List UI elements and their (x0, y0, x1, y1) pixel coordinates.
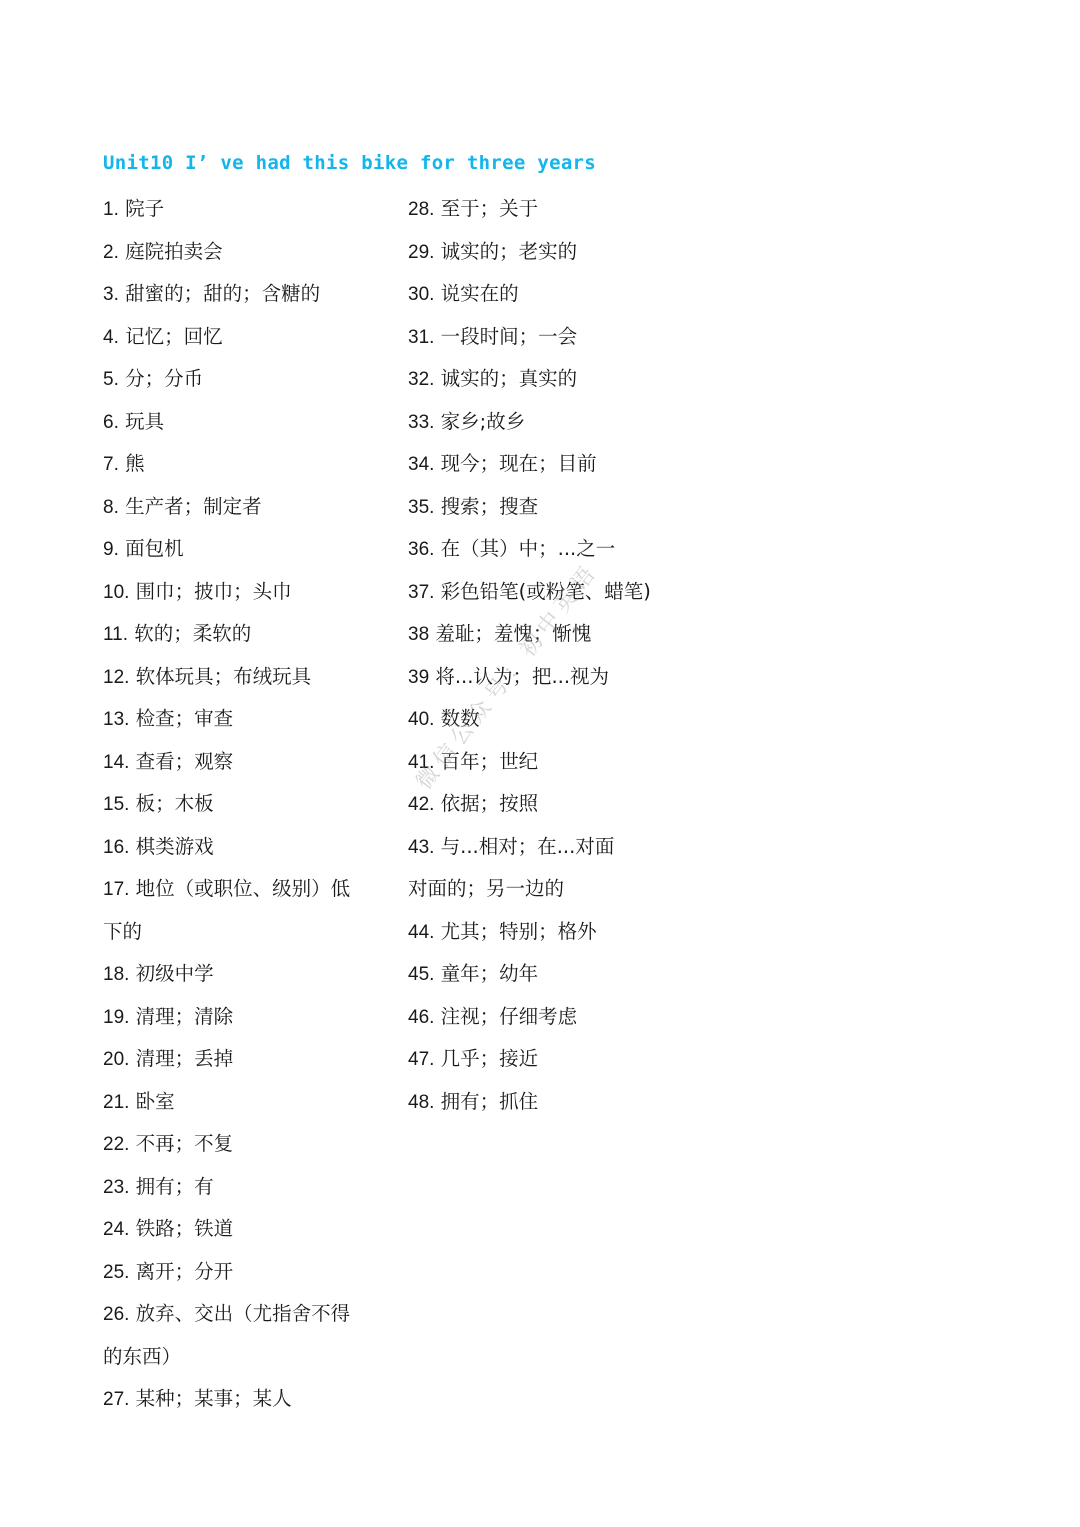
list-item: 27. 某种；某事；某人 (103, 1378, 393, 1421)
list-item: 18. 初级中学 (103, 953, 393, 996)
item-number: 27. (103, 1389, 129, 1410)
list-item: 33. 家乡;故乡 (408, 401, 708, 444)
item-number: 37. (408, 582, 434, 603)
list-item: 19. 清理；清除 (103, 996, 393, 1039)
item-text: 几乎；接近 (441, 1047, 539, 1070)
list-item: 9. 面包机 (103, 528, 393, 571)
list-item: 下的 (103, 911, 393, 954)
item-number: 48. (408, 1092, 434, 1113)
item-number: 1. (103, 199, 119, 220)
item-text: 现今；现在；目前 (441, 452, 597, 475)
item-text: 羞耻；羞愧；惭愧 (435, 622, 591, 645)
item-text: 初级中学 (136, 962, 214, 985)
item-number: 30. (408, 284, 434, 305)
item-text: 查看；观察 (136, 750, 234, 773)
item-text: 生产者；制定者 (125, 495, 262, 518)
list-item: 25. 离开；分开 (103, 1251, 393, 1294)
item-number: 15. (103, 794, 129, 815)
list-item: 35. 搜索；搜查 (408, 486, 708, 529)
item-text: 拥有；抓住 (441, 1090, 539, 1113)
item-text: 记忆；回忆 (125, 325, 223, 348)
item-number: 7. (103, 454, 119, 475)
item-text: 百年；世纪 (441, 750, 539, 773)
item-number: 35. (408, 497, 434, 518)
list-item: 6. 玩具 (103, 401, 393, 444)
item-number: 45. (408, 964, 434, 985)
item-text: 放弃、交出（尤指舍不得 (136, 1302, 351, 1325)
list-item: 48. 拥有；抓住 (408, 1081, 708, 1124)
item-text: 一段时间；一会 (441, 325, 578, 348)
unit-title: Unit10 I’ ve had this bike for three yea… (103, 152, 596, 174)
item-number: 2. (103, 242, 119, 263)
list-item: 34. 现今；现在；目前 (408, 443, 708, 486)
item-text: 不再；不复 (136, 1132, 234, 1155)
item-text: 板；木板 (136, 792, 214, 815)
item-text: 某种；某事；某人 (136, 1387, 292, 1410)
item-text: 铁路；铁道 (136, 1217, 234, 1240)
list-item: 5. 分；分币 (103, 358, 393, 401)
item-text: 院子 (125, 197, 164, 220)
item-text: 玩具 (125, 410, 164, 433)
item-number: 6. (103, 412, 119, 433)
item-number: 11. (103, 624, 128, 645)
item-number: 13. (103, 709, 129, 730)
list-item: 对面的；另一边的 (408, 868, 708, 911)
item-text: 与...相对；在...对面 (441, 835, 615, 858)
list-item: 11. 软的；柔软的 (103, 613, 393, 656)
item-number: 22. (103, 1134, 129, 1155)
item-number: 23. (103, 1177, 129, 1198)
list-item: 13. 检查；审查 (103, 698, 393, 741)
vocab-list-left: 1. 院子2. 庭院拍卖会3. 甜蜜的；甜的；含糖的4. 记忆；回忆5. 分；分… (103, 188, 393, 1421)
item-text: 卧室 (136, 1090, 175, 1113)
list-item: 22. 不再；不复 (103, 1123, 393, 1166)
item-number: 39 (408, 667, 429, 688)
item-number: 43. (408, 837, 434, 858)
item-number: 18. (103, 964, 129, 985)
list-item: 20. 清理；丢掉 (103, 1038, 393, 1081)
list-item: 1. 院子 (103, 188, 393, 231)
item-text: 棋类游戏 (136, 835, 214, 858)
item-number: 3. (103, 284, 119, 305)
item-number: 8. (103, 497, 119, 518)
list-item: 38 羞耻；羞愧；惭愧 (408, 613, 708, 656)
item-text: 尤其；特别；格外 (441, 920, 597, 943)
list-item: 的东西） (103, 1336, 393, 1379)
item-number: 19. (103, 1007, 129, 1028)
item-number: 26. (103, 1304, 129, 1325)
item-number: 47. (408, 1049, 434, 1070)
list-item: 40. 数数 (408, 698, 708, 741)
item-number: 40. (408, 709, 434, 730)
item-text: 面包机 (125, 537, 184, 560)
document-page: Unit10 I’ ve had this bike for three yea… (0, 0, 1080, 1527)
item-text: 对面的；另一边的 (408, 877, 564, 900)
item-text: 下的 (103, 920, 142, 943)
list-item: 17. 地位（或职位、级别）低 (103, 868, 393, 911)
item-number: 32. (408, 369, 434, 390)
item-text: 注视；仔细考虑 (441, 1005, 578, 1028)
item-number: 24. (103, 1219, 129, 1240)
item-text: 软体玩具；布绒玩具 (136, 665, 312, 688)
item-text: 清理；丢掉 (136, 1047, 234, 1070)
item-number: 29. (408, 242, 434, 263)
list-item: 8. 生产者；制定者 (103, 486, 393, 529)
list-item: 42. 依据；按照 (408, 783, 708, 826)
item-number: 36. (408, 539, 434, 560)
list-item: 3. 甜蜜的；甜的；含糖的 (103, 273, 393, 316)
item-number: 46. (408, 1007, 434, 1028)
item-text: 在（其）中；...之一 (441, 537, 616, 560)
list-item: 24. 铁路；铁道 (103, 1208, 393, 1251)
item-number: 33. (408, 412, 434, 433)
item-number: 38 (408, 624, 429, 645)
list-item: 31. 一段时间；一会 (408, 316, 708, 359)
item-text: 熊 (125, 452, 145, 475)
item-text: 诚实的；真实的 (441, 367, 578, 390)
list-item: 44. 尤其；特别；格外 (408, 911, 708, 954)
list-item: 7. 熊 (103, 443, 393, 486)
list-item: 32. 诚实的；真实的 (408, 358, 708, 401)
item-text: 家乡;故乡 (441, 410, 526, 433)
item-text: 至于；关于 (441, 197, 539, 220)
item-number: 34. (408, 454, 434, 475)
list-item: 16. 棋类游戏 (103, 826, 393, 869)
list-item: 4. 记忆；回忆 (103, 316, 393, 359)
list-item: 2. 庭院拍卖会 (103, 231, 393, 274)
item-number: 44. (408, 922, 434, 943)
item-number: 16. (103, 837, 129, 858)
list-item: 47. 几乎；接近 (408, 1038, 708, 1081)
item-text: 诚实的；老实的 (441, 240, 578, 263)
list-item: 29. 诚实的；老实的 (408, 231, 708, 274)
list-item: 46. 注视；仔细考虑 (408, 996, 708, 1039)
item-number: 41. (408, 752, 434, 773)
list-item: 41. 百年；世纪 (408, 741, 708, 784)
item-text: 分；分币 (125, 367, 203, 390)
item-number: 25. (103, 1262, 129, 1283)
item-text: 地位（或职位、级别）低 (136, 877, 351, 900)
item-text: 搜索；搜查 (441, 495, 539, 518)
item-number: 28. (408, 199, 434, 220)
item-number: 14. (103, 752, 129, 773)
item-text: 童年；幼年 (441, 962, 539, 985)
item-text: 将...认为；把...视为 (435, 665, 609, 688)
vocab-list-right: 28. 至于；关于29. 诚实的；老实的30. 说实在的31. 一段时间；一会3… (408, 188, 708, 1123)
list-item: 43. 与...相对；在...对面 (408, 826, 708, 869)
item-number: 31. (408, 327, 434, 348)
item-text: 数数 (441, 707, 480, 730)
item-number: 4. (103, 327, 119, 348)
item-text: 清理；清除 (136, 1005, 234, 1028)
list-item: 21. 卧室 (103, 1081, 393, 1124)
list-item: 26. 放弃、交出（尤指舍不得 (103, 1293, 393, 1336)
item-text: 彩色铅笔(或粉笔、蜡笔) (441, 580, 651, 603)
item-text: 软的；柔软的 (134, 622, 251, 645)
item-text: 检查；审查 (136, 707, 234, 730)
item-number: 10. (103, 582, 129, 603)
item-number: 20. (103, 1049, 129, 1070)
list-item: 39 将...认为；把...视为 (408, 656, 708, 699)
item-text: 的东西） (103, 1345, 181, 1368)
item-number: 9. (103, 539, 119, 560)
list-item: 15. 板；木板 (103, 783, 393, 826)
item-text: 说实在的 (441, 282, 519, 305)
list-item: 37. 彩色铅笔(或粉笔、蜡笔) (408, 571, 708, 614)
item-text: 围巾；披巾；头巾 (136, 580, 292, 603)
list-item: 45. 童年；幼年 (408, 953, 708, 996)
item-number: 17. (103, 879, 129, 900)
list-item: 23. 拥有；有 (103, 1166, 393, 1209)
list-item: 14. 查看；观察 (103, 741, 393, 784)
item-text: 拥有；有 (136, 1175, 214, 1198)
list-item: 28. 至于；关于 (408, 188, 708, 231)
item-number: 42. (408, 794, 434, 815)
list-item: 12. 软体玩具；布绒玩具 (103, 656, 393, 699)
item-text: 甜蜜的；甜的；含糖的 (125, 282, 320, 305)
list-item: 30. 说实在的 (408, 273, 708, 316)
item-text: 离开；分开 (136, 1260, 234, 1283)
list-item: 10. 围巾；披巾；头巾 (103, 571, 393, 614)
item-number: 5. (103, 369, 119, 390)
item-text: 依据；按照 (441, 792, 539, 815)
item-number: 21. (103, 1092, 129, 1113)
item-text: 庭院拍卖会 (125, 240, 223, 263)
item-number: 12. (103, 667, 129, 688)
list-item: 36. 在（其）中；...之一 (408, 528, 708, 571)
